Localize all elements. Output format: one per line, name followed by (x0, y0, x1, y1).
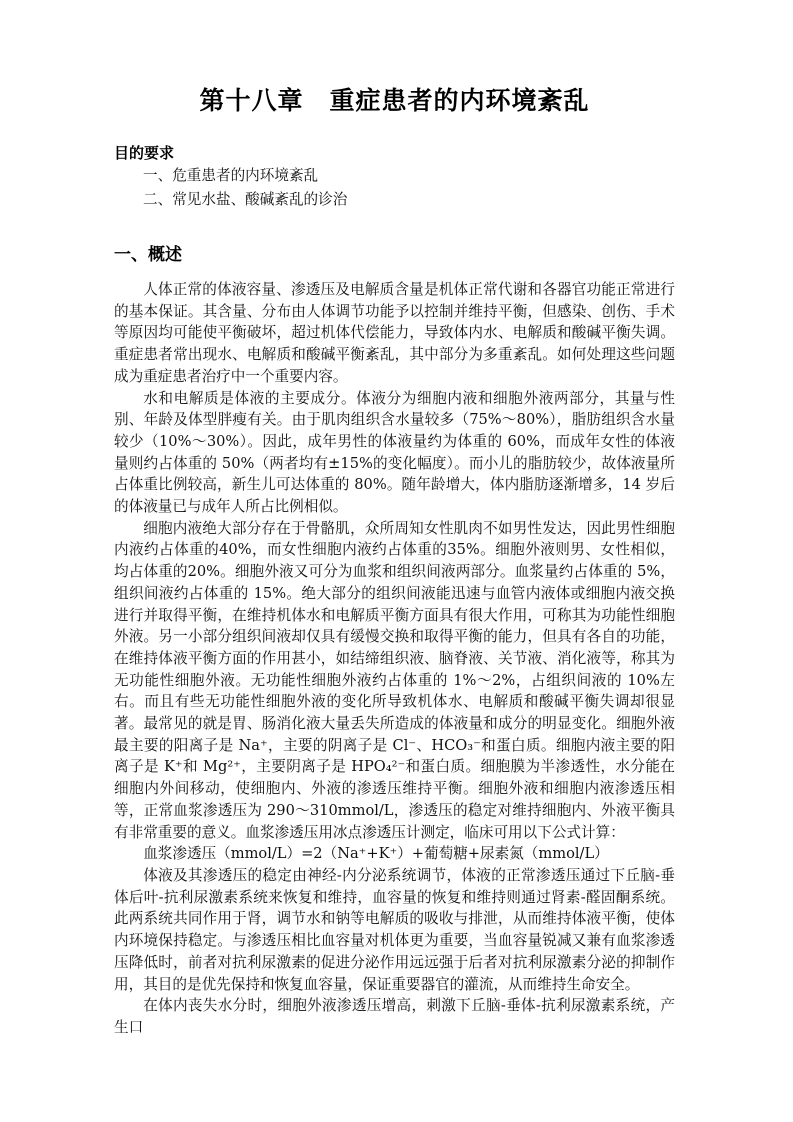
objective-item-1: 一、危重患者的内环境紊乱 (114, 164, 675, 188)
paragraph-intracellular-extracellular-fluid: 细胞内液绝大部分存在于骨骼肌，众所周知女性肌肉不如男性发达，因此男性细胞内液约占… (114, 518, 675, 844)
chapter-title: 第十八章 重症患者的内环境紊乱 (114, 84, 675, 118)
section-heading-overview: 一、概述 (114, 243, 675, 267)
document-page: 第十八章 重症患者的内环境紊乱 目的要求 一、危重患者的内环境紊乱 二、常见水盐… (0, 0, 793, 1122)
objective-item-2: 二、常见水盐、酸碱紊乱的诊治 (114, 188, 675, 212)
paragraph-body-fluid-importance: 人体正常的体液容量、渗透压及电解质含量是机体正常代谢和各器官功能正常进行的基本保… (114, 279, 675, 388)
paragraph-neuroendocrine-regulation: 体液及其渗透压的稳定由神经-内分泌系统调节，体液的正常渗透压通过下丘脑-垂体后叶… (114, 865, 675, 995)
objectives-block: 目的要求 一、危重患者的内环境紊乱 二、常见水盐、酸碱紊乱的诊治 (114, 142, 675, 211)
paragraph-water-loss-incomplete: 在体内丧失水分时，细胞外液渗透压增高，刺激下丘脑-垂体-抗利尿激素系统，产生口 (114, 995, 675, 1038)
section-body: 人体正常的体液容量、渗透压及电解质含量是机体正常代谢和各器官功能正常进行的基本保… (114, 279, 675, 1039)
plasma-osmolality-formula: 血浆渗透压（mmol/L）=2（Na⁺+K⁺）+葡萄糖+尿素氮（mmol/L） (114, 843, 675, 865)
objectives-heading: 目的要求 (114, 142, 675, 164)
paragraph-water-electrolyte-composition: 水和电解质是体液的主要成分。体液分为细胞内液和细胞外液两部分，其量与性别、年龄及… (114, 388, 675, 518)
